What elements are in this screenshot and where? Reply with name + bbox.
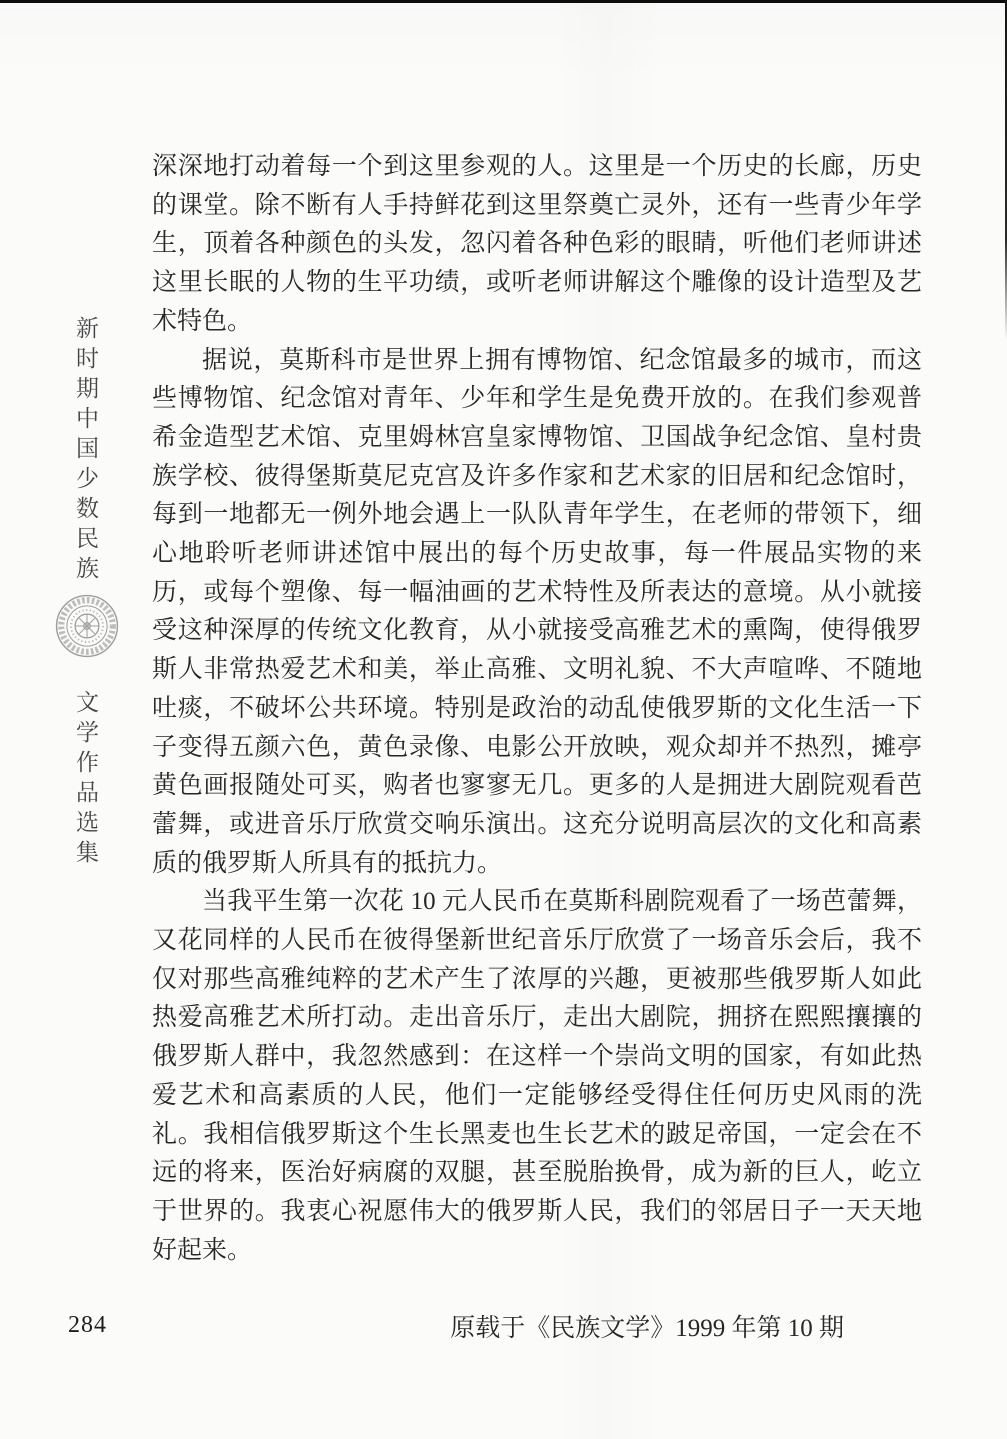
book-page: 新时期中国少数民族 文学作品选集 深深地打动着每一个到这里参观的人。这里是一个历… <box>0 0 1007 1439</box>
scan-edge-top-line <box>0 0 1007 3</box>
source-attribution: 原载于《民族文学》1999 年第 10 期 <box>152 1310 922 1349</box>
paragraph-1: 深深地打动着每一个到这里参观的人。这里是一个历史的长廊，历史的课堂。除不断有人手… <box>152 148 922 342</box>
paragraph-3: 当我平生第一次花 10 元人民币在莫斯科剧院观看了一场芭蕾舞，又花同样的人民币在… <box>152 883 922 1270</box>
paragraph-2: 据说，莫斯科市是世界上拥有博物馆、纪念馆最多的城市，而这些博物馆、纪念馆对青年、… <box>152 342 922 884</box>
spine-sidebar: 新时期中国少数民族 文学作品选集 <box>0 0 130 1439</box>
article-text-block: 深深地打动着每一个到这里参观的人。这里是一个历史的长廊，历史的课堂。除不断有人手… <box>152 148 922 1349</box>
series-title-vertical-top: 新时期中国少数民族 <box>73 316 97 586</box>
page-number: 284 <box>68 1312 107 1339</box>
ornamental-seal-icon <box>54 593 120 659</box>
series-title-vertical-bottom: 文学作品选集 <box>73 690 97 870</box>
